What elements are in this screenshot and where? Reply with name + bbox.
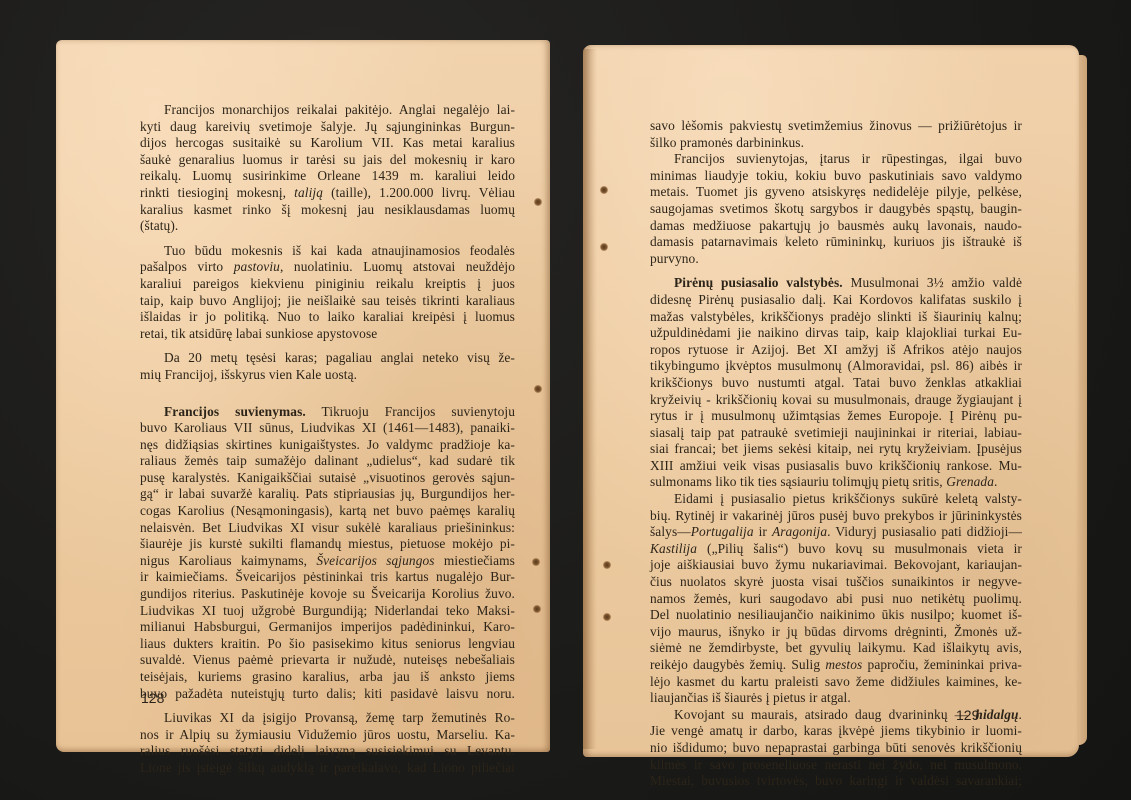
text-line: ropos rytuose ir Azijoj. Bet XI amžyj iš… (650, 342, 1022, 359)
text-line: užpuldinėdami jie naikino dirvas taip, k… (650, 325, 1022, 342)
text-line: liaujančias iš šiaurės į pietus ir atgal… (650, 690, 1022, 707)
text-line: karaliui pareigos kiekvienu piniginiu re… (140, 276, 515, 293)
emphasized-term: mestos (825, 657, 862, 672)
text-line: didesnę Pirėnų pusiasalio dalį. Kai Kord… (650, 292, 1022, 309)
emphasized-term: Kastilija (650, 541, 697, 556)
text-line: Liuvikas XI da įsigijo Provansą, žemę ta… (140, 710, 515, 727)
text-line: saugojamas svetimos škotų sargybos ir da… (650, 201, 1022, 218)
text-line: pašalpos virto pastoviu, nuolatiniu. Luo… (140, 259, 515, 276)
text-line: ir kaimiečiams. Šveicarijos pėstininkai … (140, 569, 515, 586)
text-line: siasalį taip pat patraukė svetimieji nau… (650, 425, 1022, 442)
text-line: šalys—Portugalija ir Aragonija. Viduryj … (650, 524, 1022, 541)
section-heading: Pirėnų pusiasalio valstybės. (674, 275, 843, 290)
staple-hole (600, 243, 608, 251)
text-line: raliaus žemės taip sumažėjo dalinant „ud… (140, 453, 515, 470)
text-line: kyti daug kareivių svetimoje šalyje. Jų … (140, 119, 515, 136)
text-line: dijos hercogas susitaikė su Karolium VII… (140, 135, 515, 152)
emphasized-term: Portugalija (691, 524, 754, 539)
text-line: namos žemės, kuri saugodavo abi pusi nuo… (650, 591, 1022, 608)
left-page: Francijos monarchijos reikalai pakitėjo.… (56, 40, 550, 752)
staple-hole (534, 198, 542, 206)
text-line: bių. Rytinėj ir vakarinėj jūros pusėj bu… (650, 508, 1022, 525)
emphasized-term: Šveicarijos sąjungos (316, 553, 434, 568)
text-line: liaus dukters kraitin. Po šio pasisekimo… (140, 636, 515, 653)
text-line: Pirėnų pusiasalio valstybės. Musulmonai … (650, 275, 1022, 292)
emphasized-term: hidalgų (975, 707, 1018, 722)
text-line: lėjo kasmet du kartu praleisti savo žeme… (650, 674, 1022, 691)
text-line: joje aiškiausiai buvo žymu nukariavimai.… (650, 557, 1022, 574)
text-line: rytus ir į musulmonų užimtąsias žemes Eu… (650, 408, 1022, 425)
staple-hole (603, 613, 611, 621)
text-line: Lione jis įsteigė šilkų audyklą ir parei… (140, 760, 515, 777)
section-heading: Francijos suvienymas. (164, 404, 306, 419)
text-line: nelaisvėn. Bet Liudvikas XI visur sukėlė… (140, 520, 515, 537)
text-line: XIII amžiui veik visas pusiasalis buvo k… (650, 458, 1022, 475)
emphasized-term: Grenada (946, 474, 994, 489)
text-line: cogas Karolius (Nesąmoningasis), kartą n… (140, 503, 515, 520)
text-line: nos ir Alpių su žymiausiu Vidužemio jūro… (140, 727, 515, 744)
text-line: Francijos suvienymas. Tikruoju Francijos… (140, 404, 515, 421)
text-line: nio išdidumo; buvo nepaprastai garbinga … (650, 740, 1022, 757)
right-page-text: savo lėšomis pakviestų svetimžemius žino… (650, 118, 1022, 790)
text-line: savo lėšomis pakviestų svetimžemius žino… (650, 118, 1022, 135)
staple-hole (532, 558, 540, 566)
text-line: Jie vengė amatų ir darbo, karas įkvėpė j… (650, 723, 1022, 740)
pencil-mark: / (783, 233, 786, 244)
text-line: šaukė genaralius luomus ir tarėsi su jai… (140, 152, 515, 169)
right-page: savo lėšomis pakviestų svetimžemius žino… (583, 45, 1079, 757)
text-line: retai, tik atsidūrę labai sunkiose apyst… (140, 326, 515, 343)
text-line: Liudvikas XI tuoj užgrobė Burgundiją; Ni… (140, 603, 515, 620)
text-line: siėmė ne žemdirbyste, bet gyvulių laikym… (650, 640, 1022, 657)
text-line: reikėjo daugybės žemių. Sulig mestos pap… (650, 657, 1022, 674)
text-line: damas medžiuose pakartųjų jo bausmės auk… (650, 218, 1022, 235)
text-line: damasis patarnavimais keleto rūmininkų, … (650, 234, 1022, 251)
text-line: nigus Karoliaus kaimynams, Šveicarijos s… (140, 553, 515, 570)
text-line: mių Francijoj, išskyrus vien Kale uostą. (140, 367, 515, 384)
text-line: buvo Karoliaus VII sūnus, Liudvikas XI (… (140, 420, 515, 437)
text-line: siai francai; bet jiems sekėsi kitaip, n… (650, 441, 1022, 458)
text-line: kryžeivių - krikščionių kovai su musulmo… (650, 392, 1022, 409)
text-line: buvo pažadėta nuteistųjų turto dalis; ki… (140, 686, 515, 703)
staple-hole (600, 186, 608, 194)
text-line: taip, kaip buvo Anglijoj; jie neišlaikė … (140, 293, 515, 310)
emphasized-term: pastoviu (234, 259, 280, 274)
text-line: tikybingumo įkvėptos musulmonų (Almoravi… (650, 358, 1022, 375)
text-line: vijo maurus, išnyko ir jų būdas dirvoms … (650, 624, 1022, 641)
page-spine (583, 49, 597, 749)
emphasized-term: taliją (294, 185, 323, 200)
text-line: Kastilija („Pilių šalis“) buvo kovų su m… (650, 541, 1022, 558)
emphasized-term: Aragonija (772, 524, 827, 539)
section-gap (140, 384, 515, 404)
text-line: teisėjais, kuriems grasino karalius, arb… (140, 669, 515, 686)
text-line: milianui Habsburgui, Germanijos imperijo… (140, 619, 515, 636)
text-line: (štatų). (140, 218, 515, 235)
text-line: ralius ruošėsi statyti didelį laivyną su… (140, 743, 515, 760)
text-line: šilko pramonės darbininkus. (650, 135, 1022, 152)
page-edge (1079, 55, 1087, 745)
text-line: šiaurėje jis kurstė sukilti flamandų mie… (140, 536, 515, 553)
right-page-number: 129 (956, 707, 979, 723)
paragraph-gap (140, 235, 515, 243)
text-line: suvaldė. Vienus paėmė prievarta ir nužud… (140, 652, 515, 669)
text-line: Tuo būdu mokesnis iš kai kada atnaujinam… (140, 243, 515, 260)
text-line: Del nuolatinio nesiliaujančio naikinimo … (650, 607, 1022, 624)
text-line: išlaidas ir jo politiką. Nuo to laiko ka… (140, 309, 515, 326)
text-line: krikščionys buvo nustumti atgal. Tatai b… (650, 375, 1022, 392)
text-line: nęs didžiąsias skirtines kunigaištystes.… (140, 437, 515, 454)
text-line: čius nuolatos skyrė juosta visai tuščios… (650, 574, 1022, 591)
paragraph-gap (650, 267, 1022, 275)
text-line: Francijos suvienytojas, įtarus ir rūpest… (650, 151, 1022, 168)
staple-hole (534, 385, 542, 393)
text-line: Miestai, buvusios tvirtovės, buvo karing… (650, 773, 1022, 790)
staple-hole (603, 561, 611, 569)
left-page-number: 128 (141, 690, 164, 706)
text-line: kilmės ir savo proseneliuose nerasti nei… (650, 757, 1022, 774)
text-line: gundijos riterius. Paskutinėje kovoje su… (140, 586, 515, 603)
text-line: reikalų. Luomų susirinkime Orleane 1439 … (140, 168, 515, 185)
text-line: gą“ ir labai suvaržė karalių. Pats stipr… (140, 486, 515, 503)
text-line: sulmonams liko tik ties sąsiauriu tolimų… (650, 474, 1022, 491)
text-line: Da 20 metų tęsėsi karas; pagaliau anglai… (140, 350, 515, 367)
staple-hole (533, 605, 541, 613)
text-line: minimas liaudyje tokiu, kokiu buvo pasku… (650, 168, 1022, 185)
text-line: Francijos monarchijos reikalai pakitėjo.… (140, 102, 515, 119)
text-line: purvyno. (650, 251, 1022, 268)
text-line: metais. Tuomet jis gyveno atsiskyręs ned… (650, 184, 1022, 201)
text-line: karalius kasmet rinko šį mokesnį jau nes… (140, 202, 515, 219)
text-line: rinkti tiesioginį mokesnį, taliją (taill… (140, 185, 515, 202)
text-line: mažas valstybėles, krikščionys pradėjo s… (650, 309, 1022, 326)
left-page-text: Francijos monarchijos reikalai pakitėjo.… (140, 102, 515, 777)
text-line: pusę karalystės. Kanigaikščiai sutaisė „… (140, 470, 515, 487)
paragraph-gap (140, 702, 515, 710)
text-line: Eidami į pusiasalio pietus krikščionys s… (650, 491, 1022, 508)
paragraph-gap (140, 342, 515, 350)
